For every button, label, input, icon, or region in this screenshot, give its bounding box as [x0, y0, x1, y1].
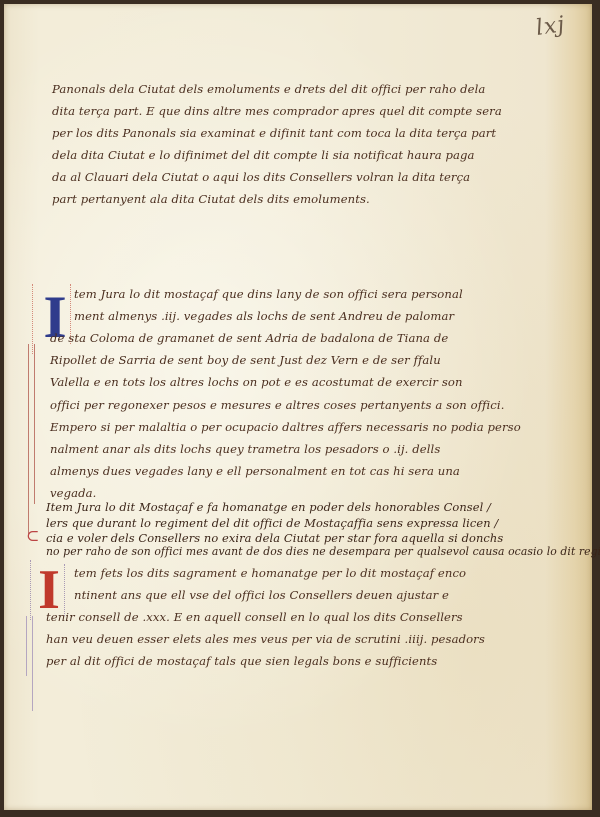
text-line: tem Jura lo dit mostaçaf que dins lany d… [74, 287, 463, 301]
text-line: Panonals dela Ciutat dels emoluments e d… [52, 82, 485, 96]
text-line: Empero si per malaltia o per ocupacio da… [50, 420, 521, 434]
text-line: Ripollet de Sarria de sent boy de sent J… [50, 353, 441, 367]
text-line: da al Clauari dela Ciutat o aqui los dit… [52, 170, 470, 184]
text-line: nalment anar als dits lochs quey trametr… [50, 442, 440, 456]
initial-flourish [30, 560, 31, 620]
text-line: dita terça part. E que dins altre mes co… [52, 104, 502, 118]
text-line: Valella e en tots los altres lochs on po… [50, 375, 463, 389]
text-line: per los dits Panonals sia examinat e dif… [52, 126, 496, 140]
text-line: per al dit offici de mostaçaf tals que s… [46, 654, 437, 668]
text-line: dela dita Ciutat e lo difinimet del dit … [52, 148, 475, 162]
text-line: tem fets los dits sagrament e homanatge … [74, 566, 466, 580]
text-line: de sta Coloma de gramanet de sent Adria … [50, 331, 448, 345]
text-line: cia e voler dels Consellers no exira del… [46, 531, 503, 545]
marginal-pen-line [28, 344, 29, 534]
text-line: ment almenys .iij. vegades als lochs de … [74, 309, 454, 323]
text-line: vegada. [50, 486, 96, 500]
text-line: almenys dues vegades lany e ell personal… [50, 464, 460, 478]
folio-number: lxj [534, 12, 566, 41]
marginal-pen-line [34, 344, 35, 504]
text-line: tenir consell de .xxx. E en aquell conse… [46, 610, 463, 624]
marginal-pen-line [26, 616, 27, 676]
marginal-pen-line [32, 616, 33, 711]
marginal-mark: ⊂ [26, 526, 39, 545]
initial-flourish [64, 564, 65, 616]
text-line: no per raho de son offici mes avant de d… [46, 545, 600, 558]
initial-flourish [32, 284, 33, 354]
text-line: part pertanyent ala dita Ciutat dels dit… [52, 192, 370, 206]
text-line: lers que durant lo regiment del dit offi… [46, 516, 498, 530]
manuscript-page: lxj Panonals dela Ciutat dels emoluments… [4, 4, 592, 810]
text-line: Item Jura lo dit Mostaçaf e fa homanatge… [46, 500, 491, 514]
illuminated-initial: I [34, 562, 64, 614]
text-line: ntinent ans que ell vse del offici los C… [74, 588, 449, 602]
text-line: han veu deuen esser elets ales mes veus … [46, 632, 485, 646]
text-line: offici per regonexer pesos e mesures e a… [50, 398, 504, 412]
